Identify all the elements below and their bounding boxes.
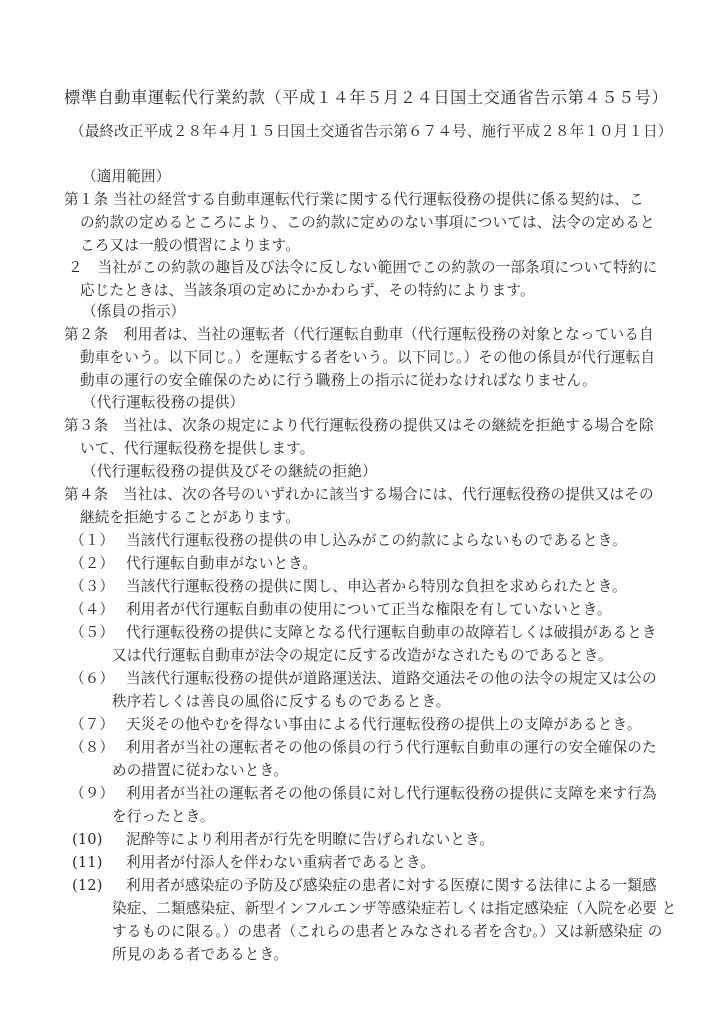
article-4-line: 第４条 当社は、次の各号のいずれかに該当する場合には、代行運転役務の提供又はその xyxy=(64,485,654,505)
item-number: （３） xyxy=(70,577,114,597)
item-number: （４） xyxy=(70,600,114,620)
item-number: （２） xyxy=(70,554,114,574)
item-text: 利用者が付添人を伴わない重病者であるとき。 xyxy=(126,853,435,873)
revision-note: （最終改正平成２８年４月１５日国土交通省告示第６７４号、施行平成２８年１０月１日… xyxy=(70,122,672,142)
item-number: （６） xyxy=(70,669,114,689)
article-1-line: ころ又は一般の慣習によります。 xyxy=(80,236,300,256)
item-text: するものに限る。）の患者（これらの患者とみなされる者を含む。）又は新感染症 の xyxy=(112,922,662,942)
item-number: （７） xyxy=(70,715,114,735)
item-number: （５） xyxy=(70,623,114,643)
item-number: (10) xyxy=(72,830,103,850)
item-text: 利用者が感染症の予防及び感染症の患者に対する医療に関する法律による一類感 xyxy=(126,876,657,896)
article-2-heading: （係員の指示） xyxy=(82,302,185,322)
article-2-line: 動車をいう。以下同じ。）を運転する者をいう。以下同じ。）その他の係員が代行運転自 xyxy=(80,348,655,368)
item-text: 当該代行運転役務の提供が道路運送法、道路交通法その他の法令の規定又は公の xyxy=(126,669,657,689)
item-text: 利用者が当社の運転者その他の係員に対し代行運転役務の提供に支障を来す行為 xyxy=(126,784,657,804)
item-text: 代行運転自動車がないとき。 xyxy=(126,554,317,574)
item-text: 秩序若しくは善良の風俗に反するものであるとき。 xyxy=(112,692,451,712)
article-2-line: 動車の運行の安全確保のために行う職務上の指示に従わなければなりません。 xyxy=(80,371,597,391)
item-text: 天災その他やむを得ない事由による代行運転役務の提供上の支障があるとき。 xyxy=(126,715,641,735)
item-number: (12) xyxy=(72,876,103,896)
item-text: 利用者が当社の運転者その他の係員の行う代行運転自動車の運行の安全確保のた xyxy=(126,738,657,758)
article-1-paragraph-2: 応じたときは、当該条項の定めにかかわらず、その特約によります。 xyxy=(80,281,535,301)
item-text: 又は代行運転自動車が法令の規定に反する改造がなされたものであるとき。 xyxy=(112,646,613,666)
article-3-line: いて、代行運転役務を提供します。 xyxy=(80,439,314,459)
article-4-line: 継続を拒絶することがあります。 xyxy=(80,508,300,528)
item-number: （８） xyxy=(70,738,114,758)
article-3-line: 第３条 当社は、次条の規定により代行運転役務の提供又はその継続を拒絶する場合を除 xyxy=(64,416,654,436)
item-text: めの措置に従わないとき。 xyxy=(112,761,288,781)
item-text: 泥酔等により利用者が行先を明瞭に告げられないとき。 xyxy=(126,830,494,850)
item-number: (11) xyxy=(72,853,103,873)
item-number: （９） xyxy=(70,784,114,804)
document-page: 標準自動車運転代行業約款（平成１４年５月２４日国土交通省告示第４５５号） （最終… xyxy=(0,0,724,1024)
item-text: 代行運転役務の提供に支障となる代行運転自動車の故障若しくは破損があるとき xyxy=(126,623,657,643)
article-1-paragraph-2: ２ 当社がこの約款の趣旨及び法令に反しない範囲でこの約款の一部条項について特約に xyxy=(68,258,657,278)
item-text: 染症、二類感染症、新型インフルエンザ等感染症若しくは指定感染症（入院を必要 と xyxy=(112,899,676,919)
article-3-heading: （代行運転役務の提供） xyxy=(82,393,244,413)
article-1-line: の約款の定めるところにより、この約款に定めのない事項については、法令の定めると xyxy=(80,213,655,233)
item-number: （１） xyxy=(70,531,114,551)
article-2-line: 第２条 利用者は、当社の運転者（代行運転自動車（代行運転役務の対象となっている自 xyxy=(64,325,654,345)
item-text: 利用者が代行運転自動車の使用について正当な権限を有していないとき。 xyxy=(126,600,612,620)
document-title: 標準自動車運転代行業約款（平成１４年５月２４日国土交通省告示第４５５号） xyxy=(64,88,668,108)
item-text: 当該代行運転役務の提供の申し込みがこの約款によらないものであるとき。 xyxy=(126,531,627,551)
article-1-heading: （適用範囲） xyxy=(82,167,170,187)
item-text: 所見のある者であるとき。 xyxy=(112,945,288,965)
article-4-heading: （代行運転役務の提供及びその継続の拒絶） xyxy=(82,462,377,482)
item-text: 当該代行運転役務の提供に関し、申込者から特別な負担を求められたとき。 xyxy=(126,577,627,597)
article-1-line: 第１条 当社の経営する自動車運転代行業に関する代行運転役務の提供に係る契約は、こ xyxy=(64,190,644,210)
item-text: を行ったとき。 xyxy=(112,807,215,827)
